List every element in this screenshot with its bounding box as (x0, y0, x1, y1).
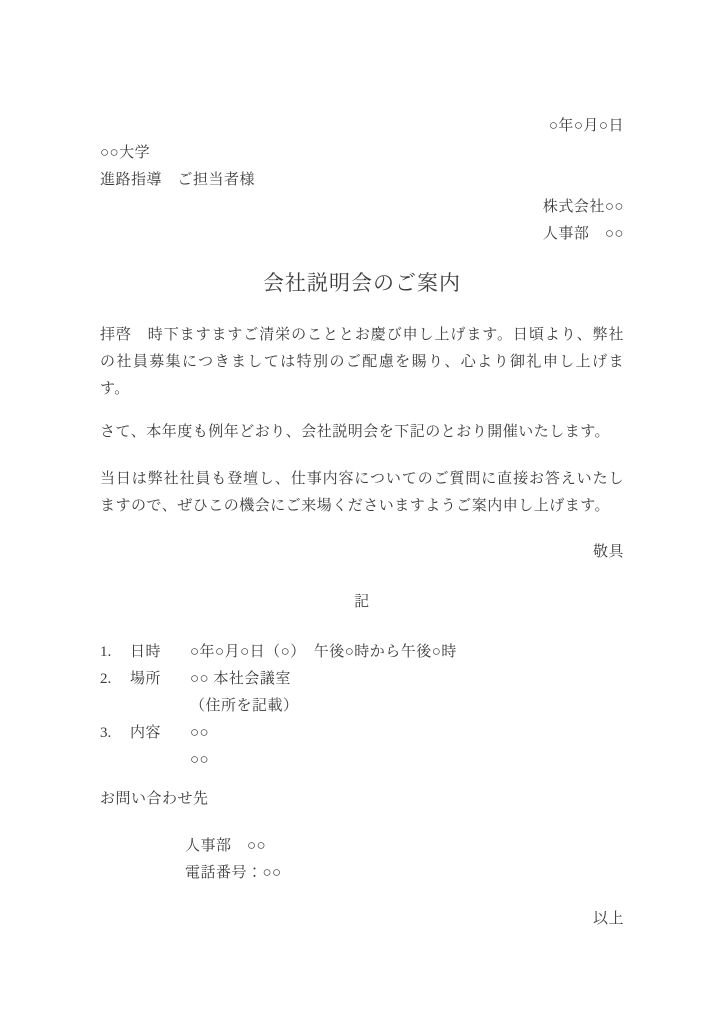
sender-company: 株式会社○○ (100, 194, 624, 221)
notice-item-datetime: 1. 日時 ○年○月○日（○） 午後○時から午後○時 (100, 639, 624, 666)
notice-list: 1. 日時 ○年○月○日（○） 午後○時から午後○時 2. 場所 ○○ 本社会議… (100, 639, 624, 774)
recipient-university: ○○大学 (100, 140, 624, 167)
item-value-place: ○○ 本社会議室 （住所を記載） (190, 666, 624, 720)
item-line: ○○ (190, 720, 624, 747)
item-line: ○年○月○日（○） 午後○時から午後○時 (190, 644, 457, 660)
document-page: ○年○月○日 ○○大学 進路指導 ご担当者様 株式会社○○ 人事部 ○○ 会社説… (0, 0, 724, 1024)
contact-department: 人事部 ○○ (185, 833, 624, 860)
item-value-content: ○○ ○○ (190, 720, 624, 774)
end-mark: 以上 (100, 906, 624, 933)
notice-item-place: 2. 場所 ○○ 本社会議室 （住所を記載） (100, 666, 624, 720)
document-title: 会社説明会のご案内 (100, 266, 624, 300)
item-line-address-note: （住所を記載） (190, 693, 624, 720)
item-label-place: 場所 (130, 666, 190, 720)
item-value-datetime: ○年○月○日（○） 午後○時から午後○時 (190, 639, 624, 666)
contact-block: 人事部 ○○ 電話番号：○○ (100, 833, 624, 887)
paragraph-greeting: 拝啓 時下ますますご清栄のこととお慶び申し上げます。日頃より、弊社の社員募集につ… (100, 322, 624, 403)
contact-heading: お問い合わせ先 (100, 786, 624, 813)
contact-phone: 電話番号：○○ (185, 860, 624, 887)
item-line: ○○ (190, 747, 624, 774)
paragraph-detail: 当日は弊社社員も登壇し、仕事内容についてのご質問に直接お答えいたしますので、ぜひ… (100, 466, 624, 520)
closing-word: 敬具 (100, 539, 624, 566)
recipient-contact-person: 進路指導 ご担当者様 (100, 167, 624, 194)
item-number: 2. (100, 666, 130, 720)
document-date: ○年○月○日 (100, 113, 624, 140)
sender-department: 人事部 ○○ (100, 221, 624, 248)
notice-item-content: 3. 内容 ○○ ○○ (100, 720, 624, 774)
item-label-datetime: 日時 (130, 639, 190, 666)
paragraph-announcement: さて、本年度も例年どおり、会社説明会を下記のとおり開催いたします。 (100, 419, 624, 446)
item-label-content: 内容 (130, 720, 190, 774)
item-line: ○○ 本社会議室 (190, 666, 624, 693)
notice-heading: 記 (100, 589, 624, 616)
item-number: 3. (100, 720, 130, 774)
item-number: 1. (100, 639, 130, 666)
